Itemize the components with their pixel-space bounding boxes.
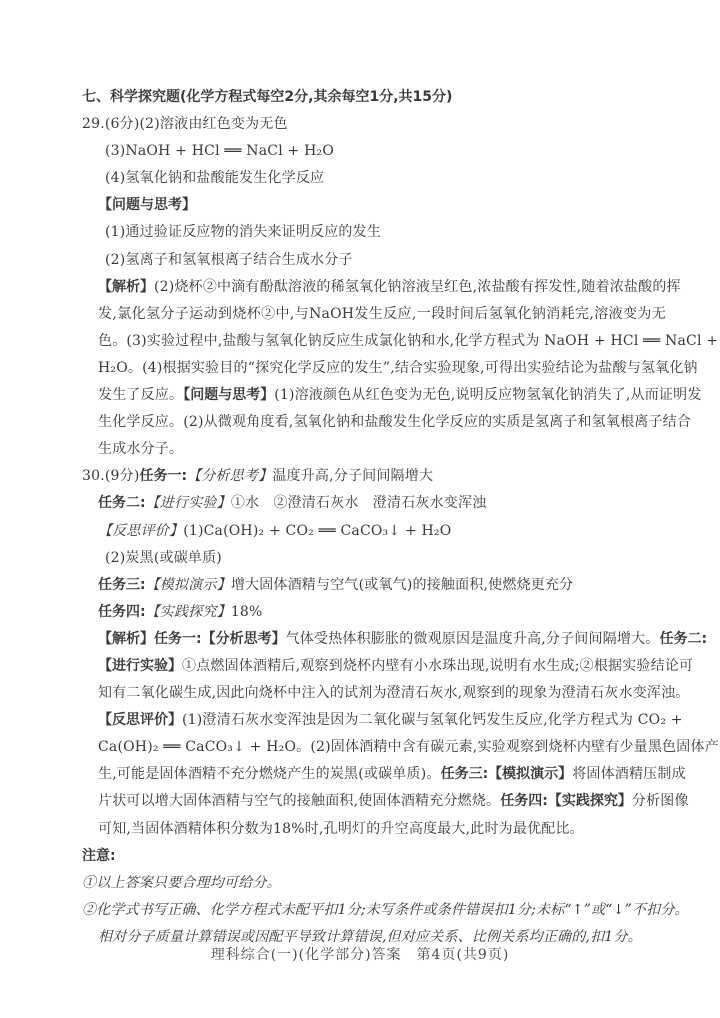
body-text: 片状可以增大固体酒精与空气的接触面积,使固体酒精充分燃烧。 <box>98 793 500 809</box>
bold-text: 【进行实验】 <box>98 658 182 674</box>
text-line: Ca(OH)₂ ══ CaCO₃↓ + H₂O。(2)固体酒精中含有碳元素,实验… <box>98 734 666 761</box>
body-text: (1)溶液颜色从红色变为无色,说明反应物氢氧化钠消失了,从而证明发 <box>274 387 701 403</box>
body-text: 知有二氧化碳生成,因此向烧杯中注入的试剂为澄清石灰水,观察到的现象为澄清石灰水变… <box>98 685 690 701</box>
text-line: ②化学式书写正确、化学方程式未配平扣1分;未写条件或条件错误扣1分;未标“↑”或… <box>82 897 666 924</box>
text-line: 注意: <box>82 843 666 870</box>
body-text: 温度升高,分子间间隔增大 <box>272 468 433 484</box>
page: 七、科学探究题(化学方程式每空2分,其余每空1分,共15分)29.(6分)(2)… <box>0 0 720 1018</box>
kaiti-text: 【实践探究】 <box>146 604 231 620</box>
text-line: 【解析】任务一:【分析思考】气体受热体积膨胀的微观原因是温度升高,分子间间隔增大… <box>98 626 666 653</box>
kaiti-text: ②化学式书写正确、化学方程式未配平扣1分;未写条件或条件错误扣1分;未标“↑”或… <box>82 902 689 918</box>
kaiti-text: 相对分子质量计算错误或因配平导致计算错误,但对应关系、比例关系均正确的,扣1分。 <box>98 929 642 945</box>
body-text: 29.(6分)(2)溶液由红色变为无色 <box>82 116 288 132</box>
text-line: 任务四:【实践探究】18% <box>98 599 666 626</box>
page-footer: 理科综合(一)(化学部分)答案 第4页(共9页) <box>0 944 720 964</box>
text-line: 生成水分子。 <box>98 436 666 463</box>
kaiti-text: 【分析思考】 <box>187 468 272 484</box>
text-line: 【问题与思考】 <box>98 192 666 219</box>
body-text: 生化学反应。(2)从微观角度看,氢氧化钠和盐酸发生化学反应的实质是氢离子和氢氧根… <box>98 414 691 430</box>
bold-text: 【问题与思考】 <box>98 197 196 213</box>
body-text: (1)通过验证反应物的消失来证明反应的发生 <box>105 224 381 240</box>
text-line: 生化学反应。(2)从微观角度看,氢氧化钠和盐酸发生化学反应的实质是氢离子和氢氧根… <box>98 409 666 436</box>
bold-text: 任务三:【模拟演示】 <box>441 766 573 782</box>
text-line: 七、科学探究题(化学方程式每空2分,其余每空1分,共15分) <box>82 84 666 111</box>
kaiti-text: 【进行实验】 <box>146 495 231 511</box>
kaiti-text: 【模拟演示】 <box>146 577 231 593</box>
text-line: 生,可能是固体酒精不充分燃烧产生的炭黑(或碳单质)。任务三:【模拟演示】将固体酒… <box>98 761 666 788</box>
bold-text: 七、科学探究题(化学方程式每空2分,其余每空1分,共15分) <box>82 89 452 105</box>
body-text: 增大固体酒精与空气(或氧气)的接触面积,使燃烧更充分 <box>231 577 574 593</box>
body-text: H₂O。(4)根据实验目的“探究化学反应的发生”,结合实验现象,可得出实验结论为… <box>98 360 698 376</box>
text-line: 任务二:【进行实验】①水 ②澄清石灰水 澄清石灰水变浑浊 <box>98 490 666 517</box>
body-text: 气体受热体积膨胀的微观原因是温度升高,分子间间隔增大。 <box>286 631 660 647</box>
body-text: ①水 ②澄清石灰水 澄清石灰水变浑浊 <box>231 495 487 511</box>
text-line: 色。(3)实验过程中,盐酸与氢氧化钠反应生成氯化钠和水,化学方程式为 NaOH … <box>98 328 666 355</box>
body-text: (1)澄清石灰水变浑浊是因为二氧化碳与氢氧化钙发生反应,化学方程式为 CO₂ + <box>182 712 683 728</box>
body-text: 18% <box>231 604 263 620</box>
kaiti-text: 【反思评价】 <box>98 523 183 539</box>
text-line: 【解析】(2)烧杯②中滴有酚酞溶液的稀氢氧化钠溶液呈红色,浓盐酸有挥发性,随着浓… <box>98 274 666 301</box>
document-lines: 七、科学探究题(化学方程式每空2分,其余每空1分,共15分)29.(6分)(2)… <box>82 84 666 951</box>
bold-text: 任务四:【实践探究】 <box>500 793 632 809</box>
bold-text: 任务三: <box>98 577 146 593</box>
text-line: (2)氢离子和氢氧根离子结合生成水分子 <box>105 247 666 274</box>
body-text: (2)氢离子和氢氧根离子结合生成水分子 <box>105 252 353 268</box>
text-line: (1)通过验证反应物的消失来证明反应的发生 <box>105 219 666 246</box>
kaiti-text: ①以上答案只要合理均可给分。 <box>82 875 281 891</box>
text-line: H₂O。(4)根据实验目的“探究化学反应的发生”,结合实验现象,可得出实验结论为… <box>98 355 666 382</box>
body-text: 生,可能是固体酒精不充分燃烧产生的炭黑(或碳单质)。 <box>98 766 441 782</box>
text-line: 可知,当固体酒精体积分数为18%时,孔明灯的升空高度最大,此时为最优配比。 <box>98 816 666 843</box>
text-line: 任务三:【模拟演示】增大固体酒精与空气(或氧气)的接触面积,使燃烧更充分 <box>98 572 666 599</box>
bold-text: 任务一: <box>140 468 188 484</box>
text-line: 【反思评价】(1)澄清石灰水变浑浊是因为二氧化碳与氢氧化钙发生反应,化学方程式为… <box>98 707 666 734</box>
body-text: 色。(3)实验过程中,盐酸与氢氧化钠反应生成氯化钠和水,化学方程式为 NaOH … <box>98 333 718 349</box>
body-text: 生成水分子。 <box>98 441 183 457</box>
text-line: 发生了反应。【问题与思考】(1)溶液颜色从红色变为无色,说明反应物氢氧化钠消失了… <box>98 382 666 409</box>
text-line: 知有二氧化碳生成,因此向烧杯中注入的试剂为澄清石灰水,观察到的现象为澄清石灰水变… <box>98 680 666 707</box>
text-line: 【进行实验】①点燃固体酒精后,观察到烧杯内壁有小水珠出现,说明有水生成;②根据实… <box>98 653 666 680</box>
body-text: 可知,当固体酒精体积分数为18%时,孔明灯的升空高度最大,此时为最优配比。 <box>98 821 584 837</box>
text-line: (3)NaOH + HCl ══ NaCl + H₂O <box>105 138 666 165</box>
body-text: (3)NaOH + HCl ══ NaCl + H₂O <box>105 143 334 159</box>
text-line: (4)氢氧化钠和盐酸能发生化学反应 <box>105 165 666 192</box>
body-text: 30.(9分) <box>82 468 140 484</box>
body-text: (2)烧杯②中滴有酚酞溶液的稀氢氧化钠溶液呈红色,浓盐酸有挥发性,随着浓盐酸的挥 <box>154 279 681 295</box>
bold-text: 任务四: <box>98 604 146 620</box>
text-line: 发,氯化氢分子运动到烧杯②中,与NaOH发生反应,一段时间后氢氧化钠消耗完,溶液… <box>98 301 666 328</box>
answer-document: 七、科学探究题(化学方程式每空2分,其余每空1分,共15分)29.(6分)(2)… <box>82 84 666 951</box>
bold-text: 【解析】 <box>98 279 154 295</box>
body-text: ①点燃固体酒精后,观察到烧杯内壁有小水珠出现,说明有水生成;②根据实验结论可 <box>182 658 693 674</box>
body-text: 将固体酒精压制成 <box>572 766 686 782</box>
bold-text: 任务二: <box>659 631 707 647</box>
bold-text: 任务二: <box>98 495 146 511</box>
text-line: (2)炭黑(或碳单质) <box>105 545 666 572</box>
text-line: ①以上答案只要合理均可给分。 <box>82 870 666 897</box>
text-line: 29.(6分)(2)溶液由红色变为无色 <box>82 111 666 138</box>
bold-text: 【问题与思考】 <box>183 387 274 403</box>
text-line: 片状可以增大固体酒精与空气的接触面积,使固体酒精充分燃烧。任务四:【实践探究】分… <box>98 788 666 815</box>
body-text: 发生了反应。 <box>98 387 183 403</box>
body-text: Ca(OH)₂ ══ CaCO₃↓ + H₂O。(2)固体酒精中含有碳元素,实验… <box>98 739 719 755</box>
text-line: 【反思评价】(1)Ca(OH)₂ + CO₂ ══ CaCO₃↓ + H₂O <box>98 518 666 545</box>
body-text: (2)炭黑(或碳单质) <box>105 550 222 566</box>
body-text: (4)氢氧化钠和盐酸能发生化学反应 <box>105 170 324 186</box>
text-line: 30.(9分)任务一:【分析思考】温度升高,分子间间隔增大 <box>82 463 666 490</box>
bold-text: 注意: <box>82 848 116 864</box>
bold-text: 【解析】任务一:【分析思考】 <box>98 631 286 647</box>
bold-text: 【反思评价】 <box>98 712 182 728</box>
body-text: 发,氯化氢分子运动到烧杯②中,与NaOH发生反应,一段时间后氢氧化钠消耗完,溶液… <box>98 306 666 322</box>
body-text: 分析图像 <box>632 793 689 809</box>
body-text: (1)Ca(OH)₂ + CO₂ ══ CaCO₃↓ + H₂O <box>183 523 451 539</box>
